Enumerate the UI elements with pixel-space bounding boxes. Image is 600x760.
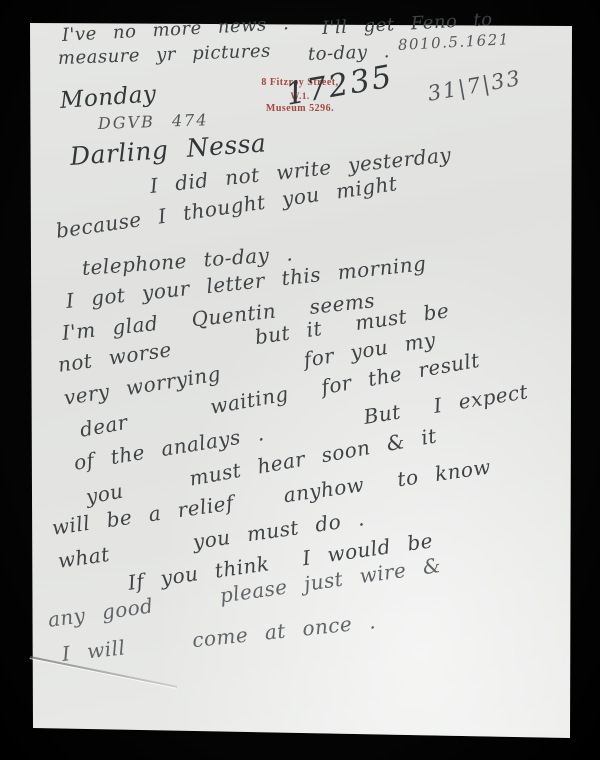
catalog-code: DGVB 474 <box>98 112 209 132</box>
letter-photo: I've no more news . I'll get Feno to 801… <box>0 0 600 760</box>
